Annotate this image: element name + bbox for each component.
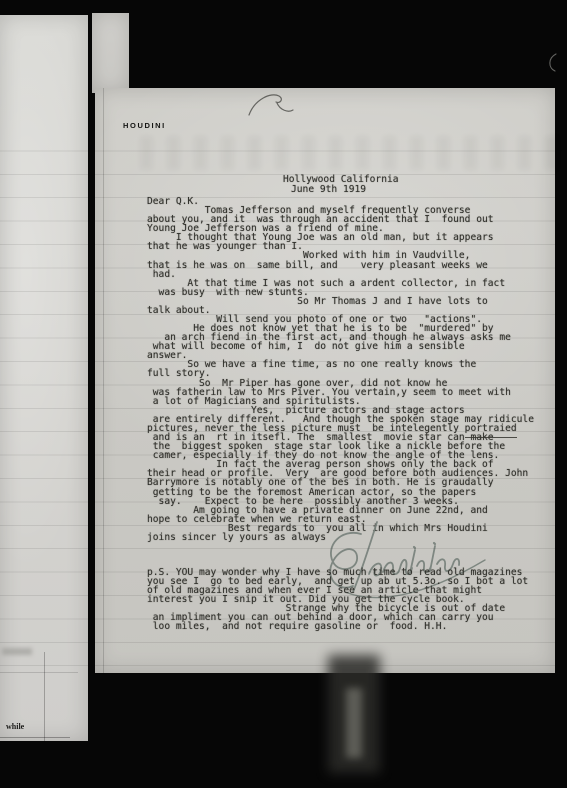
bleed-through-ghost-text (140, 136, 567, 170)
faint-text-smudge (2, 648, 32, 655)
adjacent-page: while (0, 15, 88, 741)
signature-name-text: Houdini (95, 88, 96, 89)
light-streak-artifact (346, 688, 362, 758)
letter-postscript-text: p.S. YOU may wonder why I have so much t… (147, 568, 528, 632)
houdini-collection-stamp: HOUDINI (123, 121, 166, 130)
letter-page: HOUDINI Hollywood California June 9th 19… (95, 88, 555, 673)
page-edge-line (103, 88, 104, 673)
page-top-strip (92, 13, 129, 93)
underline-portraied (465, 437, 517, 438)
letter-heading-date: June 9th 1919 (291, 184, 366, 195)
mount-corner-horizontal-line (0, 737, 70, 738)
mount-edge-line (0, 672, 78, 673)
edge-squiggle-mark (544, 52, 562, 78)
scan-background: while HOUDINI Hollywood California June … (0, 0, 567, 788)
mount-corner-vertical-line (44, 652, 45, 741)
pen-squiggle-mark (247, 91, 295, 119)
margin-word: while (6, 722, 24, 731)
letter-body-text: Dear Q.K. Tomas Jefferson and myself fre… (147, 197, 534, 542)
